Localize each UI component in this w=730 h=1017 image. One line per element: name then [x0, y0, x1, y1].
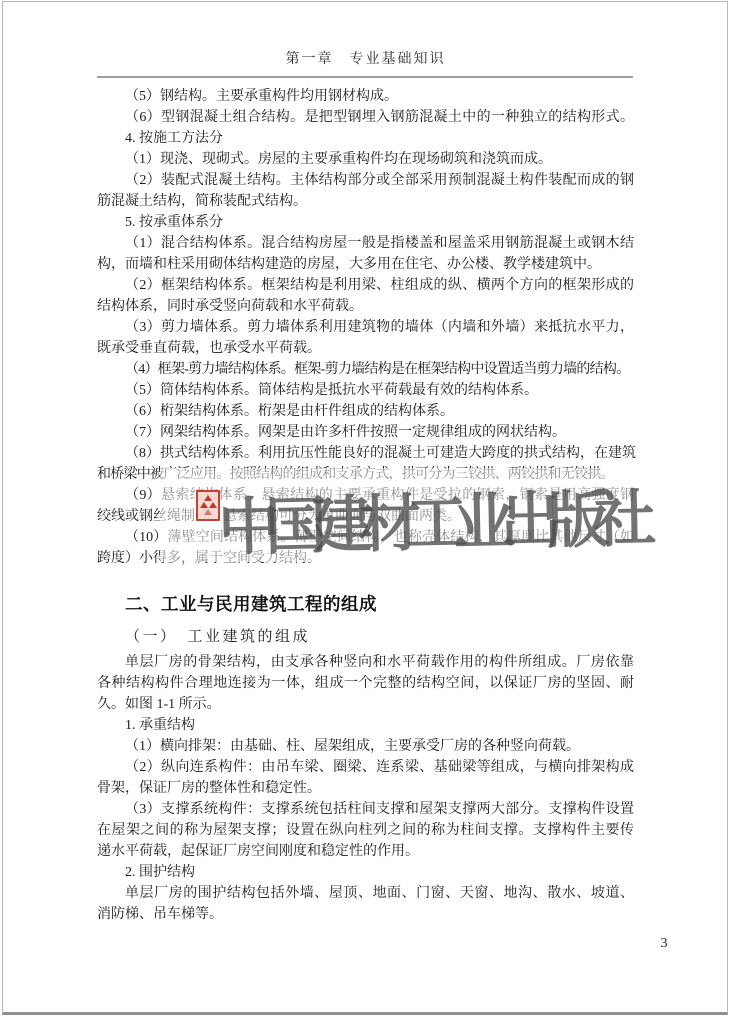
text-line: （2）框架结构体系。框架结构是利用梁、柱组成的纵、横两个方向的框架形成的	[97, 275, 634, 296]
text-line: （5）钢结构。主要承重构件均用钢材构成。	[97, 86, 634, 107]
header-rule	[97, 76, 633, 78]
subsection-heading: （一） 工业建筑的组成	[97, 626, 634, 648]
page-number: 3	[652, 936, 676, 952]
text-line: 筋混凝土结构，简称装配式结构。	[97, 191, 634, 212]
text-line: （5）筒体结构体系。筒体结构是抵抗水平荷载最有效的结构体系。	[97, 380, 634, 401]
running-header: 第一章 专业基础知识	[97, 48, 634, 68]
text-line: （10）薄壁空间结构体系。薄壁空间结构，也称壳体结构，其厚度比其他尺寸（如	[97, 527, 634, 548]
text-line: 既承受垂直荷载，也承受水平荷载。	[97, 338, 634, 359]
text-line: （6）桁架结构体系。桁架是由杆件组成的结构体系。	[97, 401, 634, 422]
text-line: （4）框架-剪力墙结构体系。框架-剪力墙结构是在框架结构中设置适当剪力墙的结构。	[97, 359, 634, 380]
text-line: 单层厂房的骨架结构，由支承各种竖向和水平荷载作用的构件所组成。厂房依靠	[97, 652, 634, 673]
text-line: （9）悬索结构体系。悬索结构的主要承重构件是受拉的钢索，钢索是用高强度钢	[97, 485, 634, 506]
text-line: 消防梯、吊车梯等。	[97, 904, 634, 925]
text-line: （3）剪力墙体系。剪力墙体系利用建筑物的墙体（内墙和外墙）来抵抗水平力，	[97, 317, 634, 338]
text-line: （2）装配式混凝土结构。主体结构部分或全部采用预制混凝土构件装配而成的钢	[97, 170, 634, 191]
text-line: （2）纵向连系构件：由吊车梁、圈梁、连系梁、基础梁等组成，与横向排架构成	[97, 757, 634, 778]
text-line: 绞线或钢丝绳制成。悬索结构可分为单曲面与双曲面两类。	[97, 506, 634, 527]
text-line: （7）网架结构体系。网架是由许多杆件按照一定规律组成的网状结构。	[97, 422, 634, 443]
text-line: 4. 按施工方法分	[97, 128, 634, 149]
text-line: 1. 承重结构	[97, 715, 634, 736]
text-line: 骨架，保证厂房的整体性和稳定性。	[97, 778, 634, 799]
text-line: 结构体系，同时承受竖向荷载和水平荷载。	[97, 296, 634, 317]
text-line: 在屋架之间的称为屋架支撑；设置在纵向柱列之间的称为柱间支撑。支撑构件主要传	[97, 820, 634, 841]
text-line: （8）拱式结构体系。利用抗压性能良好的混凝土可建造大跨度的拱式结构，在建筑	[97, 443, 634, 464]
text-line: 递水平荷载，起保证厂房空间刚度和稳定性的作用。	[97, 841, 634, 862]
text-line: （1）混合结构体系。混合结构房屋一般是指楼盖和屋盖采用钢筋混凝土或钢木结	[97, 233, 634, 254]
text-line: （1）横向排架：由基础、柱、屋架组成，主要承受厂房的各种竖向荷载。	[97, 736, 634, 757]
page-body-text: （5）钢结构。主要承重构件均用钢材构成。（6）型钢混凝土组合结构。是把型钢埋入钢…	[97, 86, 634, 925]
text-line: 久。如图 1-1 所示。	[97, 694, 634, 715]
text-line: 2. 围护结构	[97, 862, 634, 883]
text-line: 各种结构构件合理地连接为一体，组成一个完整的结构空间，以保证厂房的坚固、耐	[97, 673, 634, 694]
text-line: 构，而墙和柱采用砌体结构建造的房屋，大多用在住宅、办公楼、教学楼建筑中。	[97, 254, 634, 275]
text-line: （3）支撑系统构件：支撑系统包括柱间支撑和屋架支撑两大部分。支撑构件设置	[97, 799, 634, 820]
text-line: （6）型钢混凝土组合结构。是把型钢埋入钢筋混凝土中的一种独立的结构形式。	[97, 107, 634, 128]
text-line: 和桥梁中被广泛应用。按照结构的组成和支承方式，拱可分为三铰拱、两铰拱和无铰拱。	[97, 464, 634, 485]
text-line: 单层厂房的围护结构包括外墙、屋顶、地面、门窗、天窗、地沟、散水、坡道、	[97, 883, 634, 904]
text-line: 跨度）小得多，属于空间受力结构。	[97, 548, 634, 569]
text-line: 5. 按承重体系分	[97, 212, 634, 233]
text-line: （1）现浇、现砌式。房屋的主要承重构件均在现场砌筑和浇筑而成。	[97, 149, 634, 170]
section-heading: 二、工业与民用建筑工程的组成	[97, 591, 634, 617]
